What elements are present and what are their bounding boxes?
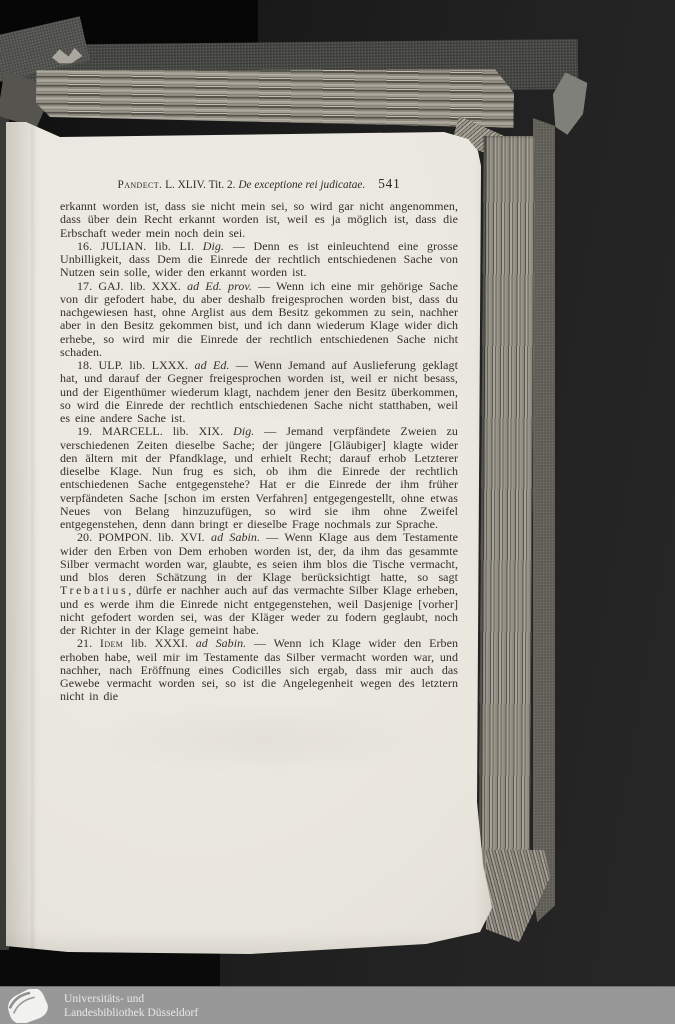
paragraph: 18. ULP. lib. LXXX. ad Ed. — Wenn Jemand…	[60, 359, 458, 425]
library-footer-bar: Universitäts- und Landesbibliothek Düsse…	[0, 987, 675, 1024]
paragraph: erkannt worden ist, dass sie nicht mein …	[60, 200, 458, 240]
paragraph: 17. GAJ. lib. XXX. ad Ed. prov. — Wenn i…	[60, 280, 458, 360]
library-name-line2: Landesbibliothek Düsseldorf	[64, 1006, 198, 1020]
library-name: Universitäts- und Landesbibliothek Düsse…	[64, 992, 198, 1019]
text-segment: Dig.	[233, 424, 254, 438]
ulb-library-logo-icon	[3, 989, 55, 1023]
text-segment: 16. JULIAN. lib. LI.	[77, 239, 203, 253]
text-segment: 17. GAJ. lib. XXX.	[77, 279, 187, 293]
book-scan-photo: Pandect. L. XLIV. Tit. 2. De exceptione …	[0, 0, 675, 1024]
text-segment: 21.	[77, 636, 100, 650]
library-name-line1: Universitäts- und	[64, 992, 198, 1006]
text-segment: ad Sabin.	[196, 636, 247, 650]
book-page: Pandect. L. XLIV. Tit. 2. De exceptione …	[6, 112, 500, 960]
text-segment: L. XLIV. Tit. 2.	[162, 179, 238, 191]
paragraph: 20. POMPON. lib. XVI. ad Sabin. — Wenn K…	[60, 531, 458, 637]
text-segment: — Jemand verpfändete Zweien zu verschied…	[60, 424, 458, 531]
text-block: erkannt worden ist, dass sie nicht mein …	[60, 200, 458, 704]
paragraph: 16. JULIAN. lib. LI. Dig. — Denn es ist …	[60, 240, 458, 280]
text-segment: ad Ed. prov.	[187, 279, 252, 293]
text-segment: Pandect.	[118, 179, 163, 191]
page-edges-bottom-right-corner	[486, 850, 550, 942]
text-segment: ad Sabin.	[211, 530, 260, 544]
page-edges-fore-edge	[478, 136, 534, 914]
running-title: Pandect. L. XLIV. Tit. 2. De exceptione …	[118, 179, 366, 191]
text-segment: De exceptione rei judicatae.	[238, 179, 365, 191]
page-edges-top	[36, 62, 515, 128]
page-number: 541	[378, 176, 400, 191]
text-segment: erkannt worden ist, dass sie nicht mein …	[60, 199, 458, 240]
text-segment: Idem	[100, 636, 123, 650]
text-segment: 20. POMPON. lib. XVI.	[77, 530, 211, 544]
text-segment: 19. MARCELL. lib. XIX.	[77, 424, 233, 438]
text-segment: lib. XXXI.	[123, 636, 195, 650]
page-header: Pandect. L. XLIV. Tit. 2. De exceptione …	[60, 176, 458, 192]
text-segment: Trebatius	[60, 583, 128, 597]
paragraph: 21. Idem lib. XXXI. ad Sabin. — Wenn ich…	[60, 637, 458, 703]
text-segment: ad Ed.	[195, 358, 230, 372]
text-segment: 18. ULP. lib. LXXX.	[77, 358, 195, 372]
text-segment: Dig.	[203, 239, 224, 253]
book-cover-right-edge	[533, 118, 555, 930]
paragraph: 19. MARCELL. lib. XIX. Dig. — Jemand ver…	[60, 425, 458, 531]
